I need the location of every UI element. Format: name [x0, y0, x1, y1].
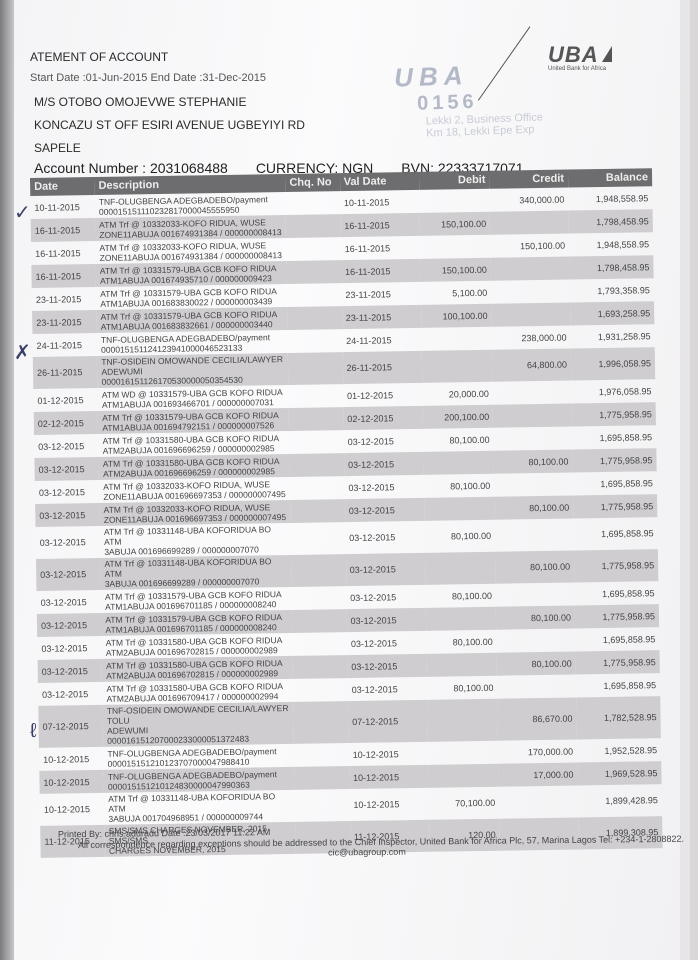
cell-balance: 1,775,958.95 [573, 494, 657, 518]
cell-credit: 80,100.00 [497, 651, 576, 675]
cell-debit: 80,100.00 [426, 630, 496, 654]
cell-credit: 80,100.00 [494, 450, 573, 474]
cell-val-date: 03-12-2015 [347, 631, 427, 655]
cell-credit [490, 211, 569, 235]
cell-balance: 1,695,858.95 [573, 471, 657, 495]
cell-balance: 1,695,858.95 [575, 627, 659, 651]
cell-balance: 1,695,858.95 [573, 517, 658, 550]
cell-date: 24-11-2015 [32, 333, 97, 357]
cell-description: ATM Trf @ 10331580-UBA GCB KOFO RIDUAATM… [102, 679, 293, 705]
cell-val-date: 23-11-2015 [341, 282, 421, 306]
cell-balance: 1,775,958.95 [575, 604, 659, 628]
cell-credit: 340,000.00 [490, 188, 569, 212]
cell-balance: 1,693,258.95 [570, 301, 654, 325]
col-date: Date [30, 177, 95, 196]
cell-chq-no [291, 522, 346, 555]
footer: Printed By: chris.aduradu Date :23/03/20… [58, 823, 684, 861]
cell-description: ATM Trf @ 10332033-KOFO RIDUA, WUSEZONE1… [100, 500, 291, 526]
cell-val-date: 01-12-2015 [343, 383, 423, 407]
cell-description: ATM Trf @ 10331579-UBA GCB KOFO RIDUAATM… [98, 408, 289, 434]
cell-date: 03-12-2015 [34, 457, 99, 481]
cell-credit [495, 519, 574, 552]
cell-debit [422, 350, 493, 383]
cell-val-date: 10-11-2015 [340, 190, 420, 214]
cell-debit [424, 451, 494, 475]
cell-val-date: 03-12-2015 [347, 677, 427, 701]
cell-chq-no [295, 766, 350, 790]
cell-balance: 1,996,058.95 [571, 347, 656, 380]
account-number: Account Number : 2031068488 [34, 160, 228, 176]
cell-credit [491, 257, 570, 281]
cell-credit [491, 280, 570, 304]
cell-date: 01-12-2015 [33, 388, 98, 412]
cell-balance: 1,695,858.95 [576, 673, 660, 697]
cell-chq-no [291, 554, 346, 587]
cell-val-date: 16-11-2015 [341, 236, 421, 260]
cell-val-date: 03-12-2015 [346, 608, 426, 632]
cell-description: ATM Trf @ 10331580-UBA GCB KOFO RIDUAATM… [98, 431, 289, 457]
page-shadow-edge [0, 0, 14, 960]
cell-credit [493, 381, 572, 405]
cell-description: ATM Trf @ 10331580-UBA GCB KOFO RIDUAATM… [99, 454, 290, 480]
cell-debit [422, 327, 492, 351]
cell-credit: 150,100.00 [490, 234, 569, 258]
cell-chq-no [289, 384, 344, 408]
col-chq-no: Chq. No [285, 173, 340, 192]
date-range: Start Date :01-Jun-2015 End Date :31-Dec… [30, 72, 266, 84]
cell-date: 07-12-2015 [38, 705, 103, 748]
pen-cross-mark: ✗ [14, 340, 31, 365]
cell-chq-no [286, 191, 341, 215]
cell-debit: 80,100.00 [423, 428, 493, 452]
cell-credit [493, 427, 572, 451]
customer-city: SAPELE [34, 141, 81, 155]
cell-chq-no [292, 586, 347, 610]
cell-val-date: 03-12-2015 [344, 452, 424, 476]
cell-val-date: 07-12-2015 [348, 700, 428, 743]
cell-chq-no [292, 632, 347, 656]
cell-date: 26-11-2015 [33, 356, 98, 389]
cell-date: 10-12-2015 [39, 770, 104, 794]
cell-credit: 86,670.00 [498, 697, 577, 740]
cell-balance: 1,798,458.95 [569, 255, 653, 279]
cell-description: ATM WD @ 10331579-UBA GCB KOFO RIDUAATM1… [98, 385, 289, 411]
cell-chq-no [292, 609, 347, 633]
cell-chq-no [289, 407, 344, 431]
cell-val-date: 02-12-2015 [343, 406, 423, 430]
cell-debit: 70,100.00 [429, 787, 500, 820]
cell-debit: 100,100.00 [421, 304, 491, 328]
cell-date: 10-12-2015 [39, 747, 104, 771]
cell-balance: 1,775,958.95 [572, 402, 656, 426]
cell-description: ATM Trf @ 10332033-KOFO RIDUA, WUSEZONE1… [99, 477, 290, 503]
statement-title: ATEMENT OF ACCOUNT [30, 50, 168, 64]
col-credit: Credit [489, 170, 568, 189]
cell-chq-no [293, 678, 348, 702]
cell-credit [496, 582, 575, 606]
page-right-edge [680, 0, 690, 960]
cell-credit [491, 303, 570, 327]
cell-credit: 80,100.00 [496, 605, 575, 629]
cell-balance: 1,798,458.95 [569, 209, 653, 233]
cell-balance: 1,952,528.95 [577, 738, 661, 762]
cell-balance: 1,775,958.95 [572, 448, 656, 472]
col-balance: Balance [568, 168, 652, 187]
cell-credit [494, 473, 573, 497]
cell-date: 03-12-2015 [38, 659, 103, 683]
cell-val-date: 10-12-2015 [349, 788, 429, 821]
cell-val-date: 03-12-2015 [346, 585, 426, 609]
cell-date: 03-12-2015 [37, 613, 102, 637]
cell-description: TNF-OSIDEIN OMOWANDE CECILIA/LAWYERADEWU… [97, 353, 288, 388]
cell-debit [427, 653, 497, 677]
cell-val-date: 10-12-2015 [349, 765, 429, 789]
cell-balance: 1,976,058.95 [571, 379, 655, 403]
cell-date: 03-12-2015 [37, 636, 102, 660]
cell-debit: 150,100.00 [420, 212, 490, 236]
cell-description: TNF-OSIDEIN OMOWANDE CECILIA/LAWYER TOLU… [103, 702, 295, 747]
cell-credit: 17,000.00 [499, 762, 578, 786]
cell-description: ATM Trf @ 10331579-UBA GCB KOFO RIDUAATM… [101, 587, 292, 613]
cell-credit: 238,000.00 [492, 326, 571, 350]
cell-balance: 1,969,528.95 [577, 761, 661, 785]
cell-credit [499, 785, 578, 818]
cell-debit: 20,000.00 [423, 382, 493, 406]
pen-tick-mark: ✓ [14, 200, 31, 225]
col-debit: Debit [419, 171, 489, 190]
cell-credit [497, 628, 576, 652]
cell-debit: 200,100.00 [423, 405, 493, 429]
cell-date: 03-12-2015 [34, 434, 99, 458]
cell-description: TNF-OLUGBENGA ADEGBADEBO/payment00001515… [95, 192, 286, 218]
cell-chq-no [287, 306, 342, 330]
cell-chq-no [294, 701, 349, 744]
cell-debit [424, 497, 494, 521]
cell-debit: 80,100.00 [427, 676, 497, 700]
cell-val-date: 16-11-2015 [341, 259, 421, 283]
cell-debit [428, 699, 499, 742]
cell-debit [426, 607, 496, 631]
cell-description: TNF-OLUGBENGA ADEGBADEBO/payment00001515… [103, 744, 294, 770]
cell-debit: 80,100.00 [424, 474, 494, 498]
pen-initial-mark: ℓ [30, 720, 36, 743]
cell-description: ATM Trf @ 10331579-UBA GCB KOFO RIDUAATM… [96, 284, 287, 310]
cell-debit [429, 764, 499, 788]
cell-balance: 1,899,428.95 [578, 784, 663, 817]
cell-chq-no [290, 453, 345, 477]
cell-val-date: 03-12-2015 [344, 475, 424, 499]
cell-val-date: 26-11-2015 [342, 351, 422, 384]
cell-debit [420, 189, 490, 213]
cell-credit [493, 404, 572, 428]
cell-balance: 1,775,958.95 [574, 549, 659, 582]
cell-balance: 1,931,258.95 [570, 324, 654, 348]
cell-chq-no [288, 329, 343, 353]
cell-date: 02-12-2015 [34, 411, 99, 435]
cell-date: 23-11-2015 [32, 310, 97, 334]
cell-debit: 80,100.00 [425, 520, 496, 553]
description-line-2: ADEWUMI 000016151126170530000050354530 [101, 364, 284, 387]
cell-description: ATM Trf @ 10331580-UBA GCB KOFO RIDUAATM… [102, 656, 293, 682]
cell-date: 03-12-2015 [36, 590, 101, 614]
cell-date: 16-11-2015 [31, 241, 96, 265]
cell-balance: 1,695,858.95 [574, 581, 658, 605]
cell-date: 10-11-2015 [30, 195, 95, 219]
cell-val-date: 03-12-2015 [344, 429, 424, 453]
cell-chq-no [286, 214, 341, 238]
customer-name: M/S OTOBO OMOJEVWE STEPHANIE [34, 95, 246, 109]
cell-credit: 64,800.00 [492, 349, 571, 382]
cell-chq-no [287, 283, 342, 307]
cell-chq-no [295, 789, 350, 822]
cell-description: ATM Trf @ 10331580-UBA GCB KOFO RIDUAATM… [102, 633, 293, 659]
cell-credit [497, 674, 576, 698]
cell-val-date: 23-11-2015 [342, 305, 422, 329]
cell-description: TNF-OLUGBENGA ADEGBADEBO/payment00001515… [97, 330, 288, 356]
cell-description: ATM Trf @ 10331579-UBA GCB KOFO RIDUAATM… [96, 307, 287, 333]
cell-balance: 1,775,958.95 [575, 650, 659, 674]
description-line-2: ADEWUMI 000016151207000233000051372483 [107, 723, 290, 746]
cell-balance: 1,793,358.95 [570, 278, 654, 302]
statement-page: ATEMENT OF ACCOUNT Start Date :01-Jun-20… [0, 0, 690, 960]
cell-chq-no [289, 430, 344, 454]
cell-credit: 80,100.00 [495, 551, 574, 584]
cell-description: TNF-OLUGBENGA ADEGBADEBO/payment00001515… [104, 767, 295, 793]
cell-val-date: 03-12-2015 [346, 553, 426, 586]
cell-description: ATM Trf @ 10331148-UBA KOFORIDUA BO ATM3… [100, 555, 291, 590]
cell-val-date: 03-12-2015 [345, 521, 425, 554]
cell-val-date: 03-12-2015 [345, 498, 425, 522]
cell-date: 03-12-2015 [36, 558, 101, 591]
cell-chq-no [288, 352, 343, 385]
cell-balance: 1,948,558.95 [569, 232, 653, 256]
cell-chq-no [293, 655, 348, 679]
col-val-date: Val Date [340, 172, 420, 191]
cell-date: 10-12-2015 [40, 793, 105, 826]
cell-balance: 1,782,528.95 [576, 696, 661, 739]
cell-description: ATM Trf @ 10332033-KOFO RIDUA, WUSEZONE1… [95, 215, 286, 241]
logo-mark-icon [602, 46, 612, 62]
logo-tagline: United Bank for Africa [548, 66, 612, 72]
cell-date: 23-11-2015 [32, 287, 97, 311]
customer-address: KONCAZU ST OFF ESIRI AVENUE UGBEYIYI RD [34, 118, 305, 132]
cell-val-date: 03-12-2015 [347, 654, 427, 678]
cell-chq-no [290, 476, 345, 500]
cell-balance: 1,948,558.95 [568, 186, 652, 210]
uba-logo: UBA United Bank for Africa [548, 42, 612, 72]
cell-date: 03-12-2015 [35, 480, 100, 504]
cell-date: 03-12-2015 [35, 526, 100, 559]
cell-debit: 5,100.00 [421, 281, 491, 305]
cell-description: ATM Trf @ 10331148-UBA KOFORIDUA BO ATM3… [100, 523, 291, 558]
cell-date: 03-12-2015 [35, 503, 100, 527]
cell-chq-no [290, 499, 345, 523]
cell-balance: 1,695,858.95 [572, 425, 656, 449]
cell-debit: 150,100.00 [421, 258, 491, 282]
cell-debit [425, 552, 496, 585]
cell-debit: 80,100.00 [426, 584, 496, 608]
cell-description: ATM Trf @ 10331579-UBA GCB KOFO RIDUAATM… [96, 261, 287, 287]
cell-description: ATM Trf @ 10331148-UBA KOFORIDUA BO ATM3… [104, 790, 295, 825]
cell-date: 16-11-2015 [31, 264, 96, 288]
cell-chq-no [287, 260, 342, 284]
logo-text: UBA [548, 42, 599, 67]
cell-description: ATM Trf @ 10331579-UBA GCB KOFO RIDUAATM… [101, 610, 292, 636]
cell-description: ATM Trf @ 10332033-KOFO RIDUA, WUSEZONE1… [95, 238, 286, 264]
cell-credit: 80,100.00 [494, 496, 573, 520]
cell-date: 16-11-2015 [31, 218, 96, 242]
transactions-table: Date Description Chq. No Val Date Debit … [30, 168, 663, 858]
cell-credit: 170,000.00 [498, 739, 577, 763]
cell-date: 03-12-2015 [38, 682, 103, 706]
cell-chq-no [286, 237, 341, 261]
cell-chq-no [294, 743, 349, 767]
cell-val-date: 24-11-2015 [342, 328, 422, 352]
cell-debit [428, 741, 498, 765]
cell-val-date: 10-12-2015 [348, 742, 428, 766]
cell-debit [420, 235, 490, 259]
cell-val-date: 16-11-2015 [340, 213, 420, 237]
